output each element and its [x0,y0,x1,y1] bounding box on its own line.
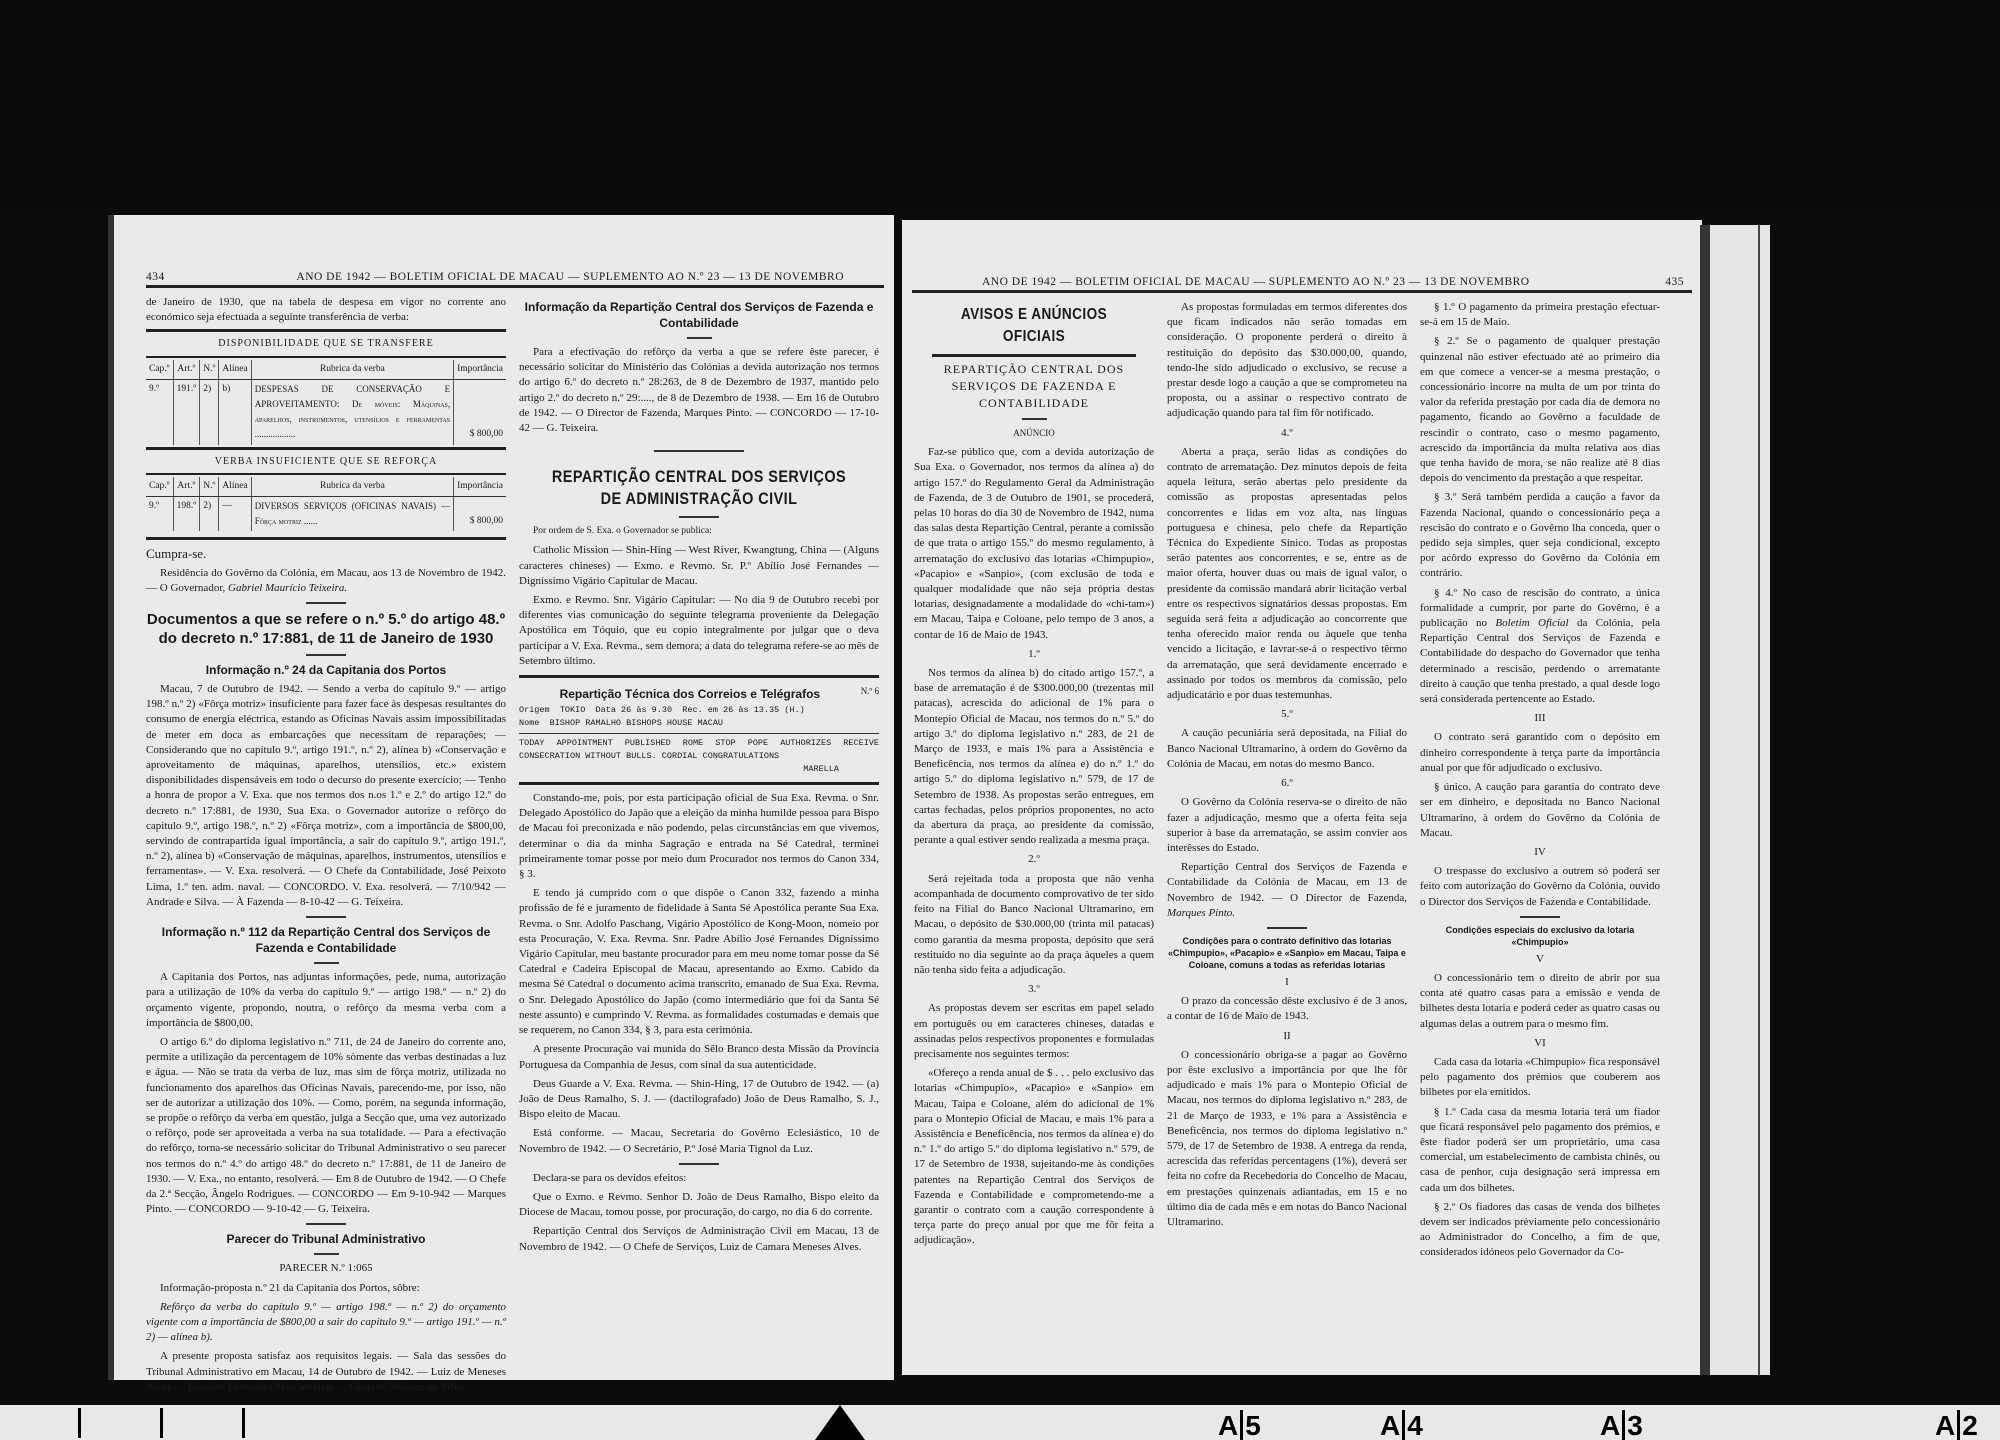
avisos-heading: AVISOS E ANÚNCIOS OFICIAIS [932,304,1136,357]
table-header: Art.º [173,360,200,380]
anuncio-heading: ANÚNCIO [914,426,1154,441]
table-cell: 2) [200,497,219,532]
aberta-praca-text: Aberta a praça, serão lidas as condições… [1167,445,1407,703]
info24-heading: Informação n.º 24 da Capitania dos Porto… [146,662,506,678]
clause-1: 1.º [914,647,1154,662]
table1-caption: DISPONIBILIDADE QUE SE TRANSFERE [146,329,506,357]
transfer-table: Cap.ºArt.ºN.ºAlíneaRubrica da verbaImpor… [146,360,506,445]
telegram-number: N.º 6 [861,684,879,704]
clause-3: 3.º [914,982,1154,997]
left-col-2: Informação da Repartição Central dos Ser… [519,295,879,1259]
table-cell: 191.º [173,379,200,444]
fiador-text: § 1.º Cada casa da mesma lotaria terá um… [1420,1105,1660,1196]
clause-2: 2.º [914,852,1154,867]
caucao-text: A caução pecuniária será depositada, na … [1167,726,1407,772]
table-cell: 2) [200,379,219,444]
constando-text: Constando-me, pois, por esta participaçã… [519,791,879,882]
table-cell: 198.º [173,497,200,532]
para-3: § 3.º Será também perdida a caução a fav… [1420,490,1660,581]
table-header: Alínea [219,360,251,380]
documents-heading: Documentos a que se refere o n.º 5.º do … [146,610,506,648]
vigario-text: Exmo. e Revmo. Snr. Vigário Capitular: —… [519,593,879,669]
garantia-text: O contrato será garantido com o depósito… [1420,730,1660,776]
declara-text: Declara-se para os devidos efeitos: [519,1171,879,1186]
book-edge [1700,225,1770,1375]
right-col-1: AVISOS E ANÚNCIOS OFICIAIS REPARTIÇÃO CE… [914,300,1154,1253]
trespasse-text: O trespasse do exclusivo a outrem só pod… [1420,864,1660,910]
table-header: N.º [200,360,219,380]
table-header: Importância [454,477,506,497]
film-arrow-icon [815,1405,865,1440]
running-head-left: 434 ANO DE 1942 — BOLETIM OFICIAL DE MAC… [146,263,884,288]
info112-p1: A Capitania dos Portos, nas adjuntas inf… [146,970,506,1031]
film-marker-a4: A4 [1380,1410,1423,1440]
admin-civil-heading: REPARTIÇÃO CENTRAL DOS SERVIÇOS DE ADMIN… [546,466,852,510]
info24-text: Macau, 7 de Outubro de 1942. — Sendo a v… [146,682,506,910]
anuncio-p3: Será rejeitada toda a proposta que não v… [914,872,1154,978]
right-col-2: As propostas formuladas em termos difere… [1167,300,1407,1234]
roman-III: III [1420,711,1660,726]
telegram-title: Repartição Técnica dos Correios e Telégr… [560,686,821,702]
conditions-heading: Condições para o contrato definitivo das… [1167,935,1407,971]
intro-text: de Janeiro de 1930, que na tabela de des… [146,295,506,325]
parecer-heading: Parecer do Tribunal Administrativo [146,1231,506,1247]
procuracao-text: E tendo já cumprido com o que dispõe o C… [519,886,879,1038]
film-border-top [0,0,2000,215]
table-cell: DESPESAS DE CONSERVAÇÃO E APROVEITAMENTO… [251,379,453,444]
right-page: ANO DE 1942 — BOLETIM OFICIAL DE MACAU —… [902,220,1702,1375]
table-header: Cap.º [146,477,173,497]
anuncio-p2: Nos termos da alínea b) do citado artigo… [914,666,1154,848]
table-header: N.º [200,477,219,497]
clause-5: 5.º [1167,707,1407,722]
concessionario-text: O concessionário obriga-se a pagar ao Go… [1167,1048,1407,1230]
table-row: 9.º198.º2)—DIVERSOS SERVIÇOS (OFICINAS N… [146,497,506,532]
film-tick [242,1408,245,1438]
premios-text: Cada casa da lotaria «Chimpupio» fica re… [1420,1055,1660,1101]
telegram-meta-1: Origem TOKIO Data 26 às 9.30 Rec. em 26 … [519,704,879,717]
left-page: 434 ANO DE 1942 — BOLETIM OFICIAL DE MAC… [108,215,894,1380]
right-col-3: § 1.º O pagamento da primeira prestação … [1420,300,1660,1265]
roman-IV: IV [1420,845,1660,860]
anuncio-p4: As propostas devem ser escritas em papel… [914,1001,1154,1062]
posse-text: Que o Exmo. e Revmo. Senhor D. João de D… [519,1190,879,1220]
running-head-text: ANO DE 1942 — BOLETIM OFICIAL DE MACAU —… [296,271,844,283]
casas-text: O concessionário tem o direito de abrir … [1420,971,1660,1032]
roman-II: II [1167,1029,1407,1044]
para-1: § 1.º O pagamento da primeira prestação … [1420,300,1660,330]
fiadores-text: § 2.º Os fiadores das casas de venda dos… [1420,1200,1660,1261]
para-2: § 2.º Se o pagamento de qualquer prestaç… [1420,334,1660,486]
reparticao-sig: Repartição Central dos Serviços de Fazen… [1167,860,1407,921]
page-number-left: 434 [146,271,165,283]
film-tick [160,1408,163,1438]
film-marker-a3: A3 [1600,1410,1643,1440]
table-cell: 9.º [146,497,173,532]
film-marker-a5: A5 [1218,1410,1261,1440]
chefe-servicos-text: Repartição Central dos Serviços de Admin… [519,1224,879,1254]
table-cell: b) [219,379,251,444]
dept-heading: REPARTIÇÃO CENTRAL DOS SERVIÇOS DE FAZEN… [914,361,1154,412]
anuncio-p5: «Ofereço a renda anual de $ . . . pelo e… [914,1066,1154,1248]
parecer-subject: Refôrço da verba do capítulo 9.º — artig… [146,1300,506,1346]
clause-4: 4.º [1167,426,1407,441]
special-conditions-heading: Condições especiais do exclusivo da lota… [1420,924,1660,948]
clause-6: 6.º [1167,776,1407,791]
cumpra-se: Cumpra-se. [146,546,506,561]
info-fazenda-text: Para a efectivação do refôrço da verba a… [519,345,879,436]
prazo-text: O prazo da concessão dêste exclusivo é d… [1167,994,1407,1024]
esta-conforme-text: Está conforme. — Macau, Secretaria do Go… [519,1126,879,1156]
table-header: Art.º [173,477,200,497]
film-strip-bottom [0,1405,2000,1440]
anuncio-p1: Faz-se público que, com a devida autoriz… [914,445,1154,643]
page-number-right: 435 [1665,276,1684,288]
table2-caption: VERBA INSUFICIENTE QUE SE REFORÇA [146,447,506,475]
table-cell: — [219,497,251,532]
para-4: § 4.º No caso de rescisão do contrato, a… [1420,586,1660,708]
roman-I: I [1167,975,1407,990]
info-fazenda-heading: Informação da Repartição Central dos Ser… [519,299,879,331]
parecer-text: A presente proposta satisfaz aos requisi… [146,1349,506,1395]
table-header: Importância [454,360,506,380]
telegram-body: TODAY APPOINTMENT PUBLISHED ROME STOP PO… [519,737,879,763]
por-ordem: Por ordem de S. Exa. o Governador se pub… [519,524,879,539]
table-header: Alínea [219,477,251,497]
table-header: Cap.º [146,360,173,380]
film-marker-a2: A2 [1935,1410,1978,1440]
table-cell: DIVERSOS SERVIÇOS (OFICINAS NAVAIS) — Fô… [251,497,453,532]
residencia-text: Residência do Govêrno da Colónia, em Mac… [146,566,506,596]
propostas-text: As propostas formuladas em termos difere… [1167,300,1407,422]
unico-text: § único. A caução para garantia do contr… [1420,780,1660,841]
telegram-signature: MARELLA [519,763,879,776]
reserva-text: O Govêrno da Colónia reserva-se o direit… [1167,795,1407,856]
telegram-meta-2: Nome BISHOP RAMALHO BISHOPS HOUSE MACAU [519,717,879,730]
film-tick [78,1408,81,1438]
deus-guarde-text: Deus Guarde a V. Exa. Revma. — Shin-Hing… [519,1077,879,1123]
parecer-intro: Informação-proposta n.º 21 da Capitania … [146,1281,506,1296]
table-row: 9.º191.º2)b)DESPESAS DE CONSERVAÇÃO E AP… [146,379,506,444]
parecer-number: PARECER N.º 1:065 [146,1261,506,1276]
reinforce-table: Cap.ºArt.ºN.ºAlíneaRubrica da verbaImpor… [146,477,506,532]
roman-VI: VI [1420,1036,1660,1051]
info112-p2: O artigo 6.º do diploma legislativo n.º … [146,1035,506,1217]
selo-text: A presente Procuração vai munida do Sêlo… [519,1042,879,1072]
table-cell: $ 800,00 [454,497,506,532]
catholic-mission-text: Catholic Mission — Shin-Hing — West Rive… [519,543,879,589]
running-head-right: ANO DE 1942 — BOLETIM OFICIAL DE MACAU —… [912,268,1692,293]
running-head-text: ANO DE 1942 — BOLETIM OFICIAL DE MACAU —… [982,276,1530,288]
left-col-1: de Janeiro de 1930, que na tabela de des… [146,295,506,1399]
info112-heading: Informação n.º 112 da Repartição Central… [146,924,506,956]
roman-V: V [1420,952,1660,967]
telegram-block: Repartição Técnica dos Correios e Telégr… [519,684,879,776]
table-header: Rubrica da verba [251,477,453,497]
table-header: Rubrica da verba [251,360,453,380]
table-cell: 9.º [146,379,173,444]
table-cell: $ 800,00 [454,379,506,444]
